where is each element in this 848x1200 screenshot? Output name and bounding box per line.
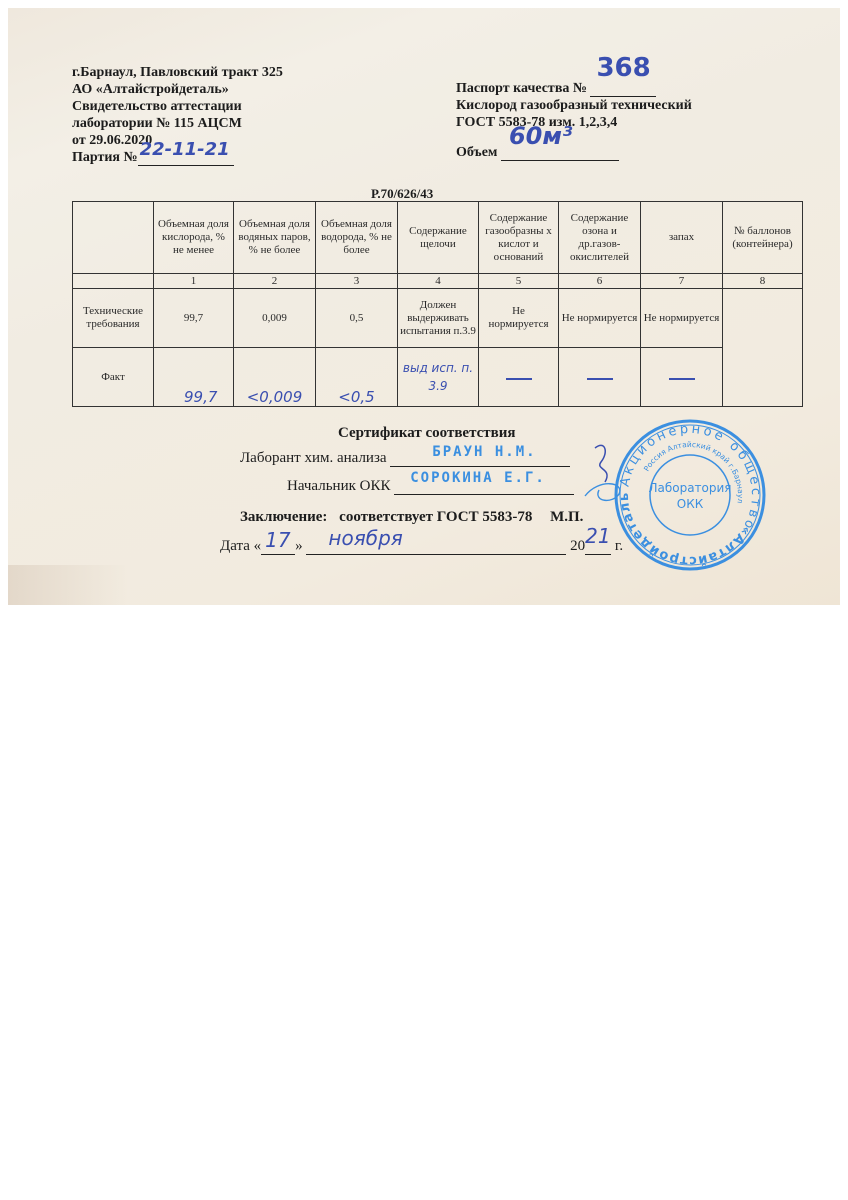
date-close: » — [295, 538, 303, 554]
table-cell: 0,5 — [316, 289, 398, 348]
column-number-row: 1 2 3 4 5 6 7 8 — [73, 274, 803, 289]
company-name: АО «Алтайстройдеталь» — [72, 81, 283, 98]
table-cell — [559, 348, 641, 407]
header-cell: Объемная доля водорода, % не более — [316, 202, 398, 274]
number-cell: 8 — [723, 274, 803, 289]
certificate-line1: Свидетельство аттестации — [72, 98, 283, 115]
seal-label: М.П. — [550, 509, 583, 525]
year-suffix: 21 — [585, 524, 610, 548]
table-cell: Не нормируется — [559, 289, 641, 348]
table-cell: 99,7 — [154, 289, 234, 348]
head-name-stamp: СОРОКИНА Е.Г. — [410, 470, 546, 486]
lab-label: Лаборант хим. анализа — [240, 450, 387, 466]
volume-line: Объем 60м³ — [456, 144, 692, 161]
table-cell — [641, 348, 723, 407]
number-cell: 3 — [316, 274, 398, 289]
conclusion-label: Заключение: — [240, 509, 327, 525]
header-cell — [73, 202, 154, 274]
row-label: Факт — [73, 348, 154, 407]
table-cell — [479, 348, 559, 407]
passport-line: Паспорт качества № 368 — [456, 80, 692, 97]
table-cell: Не нормируется — [641, 289, 723, 348]
table-cell: Не нормируется — [479, 289, 559, 348]
dash-mark — [506, 378, 532, 380]
table-row: Факт 99,7 <0,009 <0,5 выд исп. п. 3.9 — [73, 348, 803, 407]
header-left: г.Барнаул, Павловский тракт 325 АО «Алта… — [72, 64, 283, 166]
lab-line: Лаборант хим. анализа БРАУН Н.М. — [240, 450, 570, 467]
number-cell — [73, 274, 154, 289]
number-cell: 4 — [398, 274, 479, 289]
table-header-row: Объемная доля кислорода, % не менее Объе… — [73, 202, 803, 274]
table-cell: Должен выдерживать испытания п.3.9 — [398, 289, 479, 348]
stamp-center-line2: ОКК — [677, 497, 704, 511]
year-prefix: 20 — [570, 538, 585, 554]
table-cell: <0,5 — [316, 348, 398, 407]
batch-label: Партия № — [72, 150, 138, 165]
table-cell: 0,009 — [234, 289, 316, 348]
address: г.Барнаул, Павловский тракт 325 — [72, 64, 283, 81]
head-signature-field: СОРОКИНА Е.Г. — [394, 478, 574, 495]
number-cell: 7 — [641, 274, 723, 289]
header-right: Паспорт качества № 368 Кислород газообра… — [456, 80, 692, 161]
year-field: 21 — [585, 538, 611, 555]
date-month-field: ноября — [306, 538, 566, 555]
dash-mark — [587, 378, 613, 380]
batch-value: 22-11-21 — [140, 141, 230, 158]
certificate-line2: лаборатории № 115 АЦСМ — [72, 115, 283, 132]
number-cell: 2 — [234, 274, 316, 289]
date-label: Дата « — [220, 538, 261, 554]
date-day-field: 17 — [261, 538, 295, 555]
header-cell: Содержание газообразны х кислот и основа… — [479, 202, 559, 274]
stamp-outer-text: Акционерное общество — [617, 422, 763, 534]
header-cell: Объемная доля кислорода, % не менее — [154, 202, 234, 274]
header-cell: Объемная доля водяных паров, % не более — [234, 202, 316, 274]
volume-field: 60м³ — [501, 146, 619, 161]
batch-line: Партия №22-11-21 — [72, 149, 283, 166]
header-cell: Содержание озона и др.газов-окислителей — [559, 202, 641, 274]
head-label: Начальник ОКК — [287, 478, 390, 494]
date-month: ноября — [328, 526, 402, 550]
header-cell: Содержание щелочи — [398, 202, 479, 274]
product-name: Кислород газообразный технический — [456, 97, 692, 114]
svg-text:Акционерное общество: Акционерное общество — [617, 422, 763, 534]
row-label: Технические требования — [73, 289, 154, 348]
table-code: Р.70/626/43 — [371, 185, 433, 202]
conclusion-text: соответствует ГОСТ 5583-78 — [339, 509, 532, 525]
handwritten-value: 99,7 — [184, 391, 233, 404]
table-cell: <0,009 — [234, 348, 316, 407]
number-cell: 6 — [559, 274, 641, 289]
handwritten-value: <0,5 — [316, 391, 397, 404]
header-cell: запах — [641, 202, 723, 274]
number-cell: 1 — [154, 274, 234, 289]
stamp-center-line1: Лаборатория — [648, 481, 731, 495]
batch-field: 22-11-21 — [138, 151, 234, 166]
date-line: Дата «17» ноября 2021 г. — [220, 538, 623, 555]
volume-value: 60м³ — [509, 128, 573, 145]
head-line: Начальник ОКК СОРОКИНА Е.Г. — [287, 478, 574, 495]
passport-field: 368 — [590, 82, 656, 97]
organization-stamp: Акционерное общество Россия Алтайский кр… — [610, 410, 770, 580]
conclusion-line: Заключение: соответствует ГОСТ 5583-78 М… — [240, 509, 583, 526]
quality-table: Объемная доля кислорода, % не менее Объе… — [72, 201, 803, 407]
passport-label: Паспорт качества № — [456, 81, 587, 96]
certificate-title: Сертификат соответствия — [338, 425, 516, 442]
lab-name-stamp: БРАУН Н.М. — [432, 444, 536, 460]
number-cell: 5 — [479, 274, 559, 289]
dash-mark — [669, 378, 695, 380]
product-standard: ГОСТ 5583-78 изм. 1,2,3,4 — [456, 114, 692, 131]
table-cell: 99,7 — [154, 348, 234, 407]
cylinder-number-cell — [723, 289, 803, 407]
date-day: 17 — [265, 528, 290, 552]
table-cell: выд исп. п. 3.9 — [398, 348, 479, 407]
header-cell: № баллонов (контейнера) — [723, 202, 803, 274]
handwritten-value: <0,009 — [234, 391, 315, 404]
volume-label: Объем — [456, 145, 497, 160]
passport-value: 368 — [596, 60, 650, 77]
lab-signature-field: БРАУН Н.М. — [390, 450, 570, 467]
handwritten-value: выд исп. п. 3.9 — [400, 359, 476, 395]
table-row: Технические требования 99,7 0,009 0,5 До… — [73, 289, 803, 348]
